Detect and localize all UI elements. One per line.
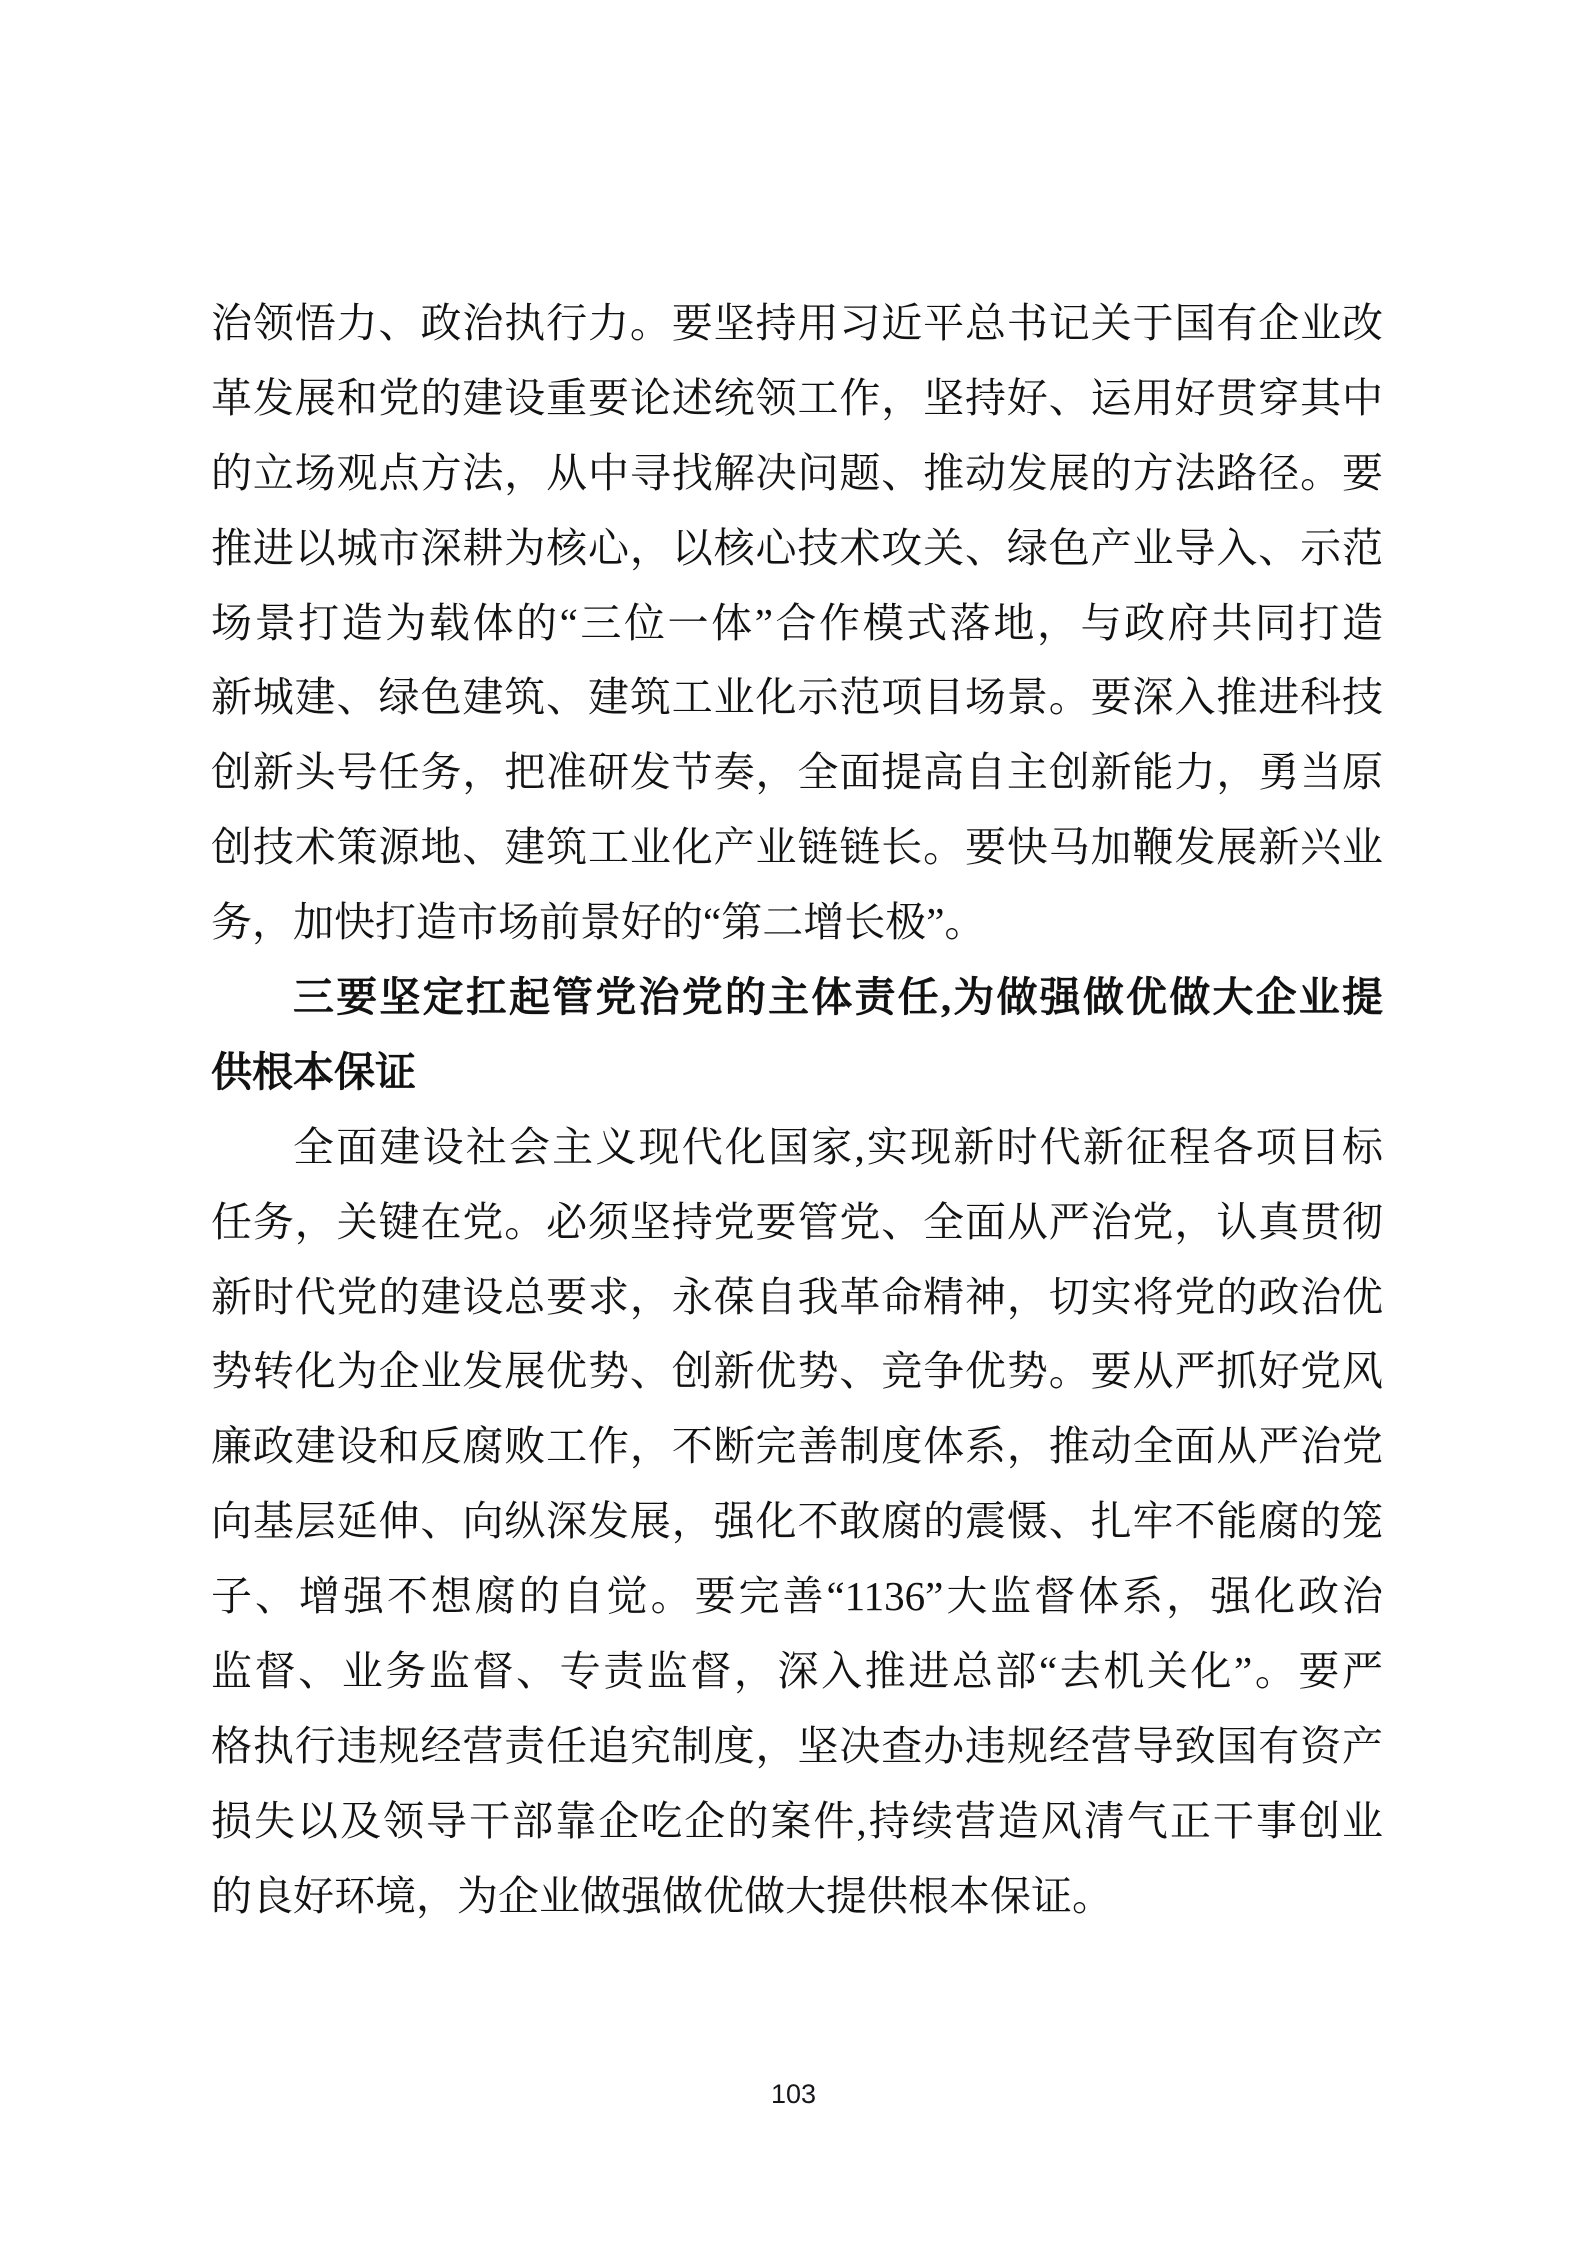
text-line: 损失以及领导干部靠企吃企的案件,持续营造风清气正干事创业 (211, 1784, 1383, 1859)
text-line: 场景打造为载体的“三位一体”合作模式落地，与政府共同打造 (211, 586, 1383, 661)
text-line: 监督、业务监督、专责监督，深入推进总部“去机关化”。要严 (211, 1634, 1383, 1709)
section-heading-line: 供根本保证 (211, 1035, 1383, 1110)
text-line: 务，加快打造市场前景好的“第二增长极”。 (211, 885, 1383, 960)
document-body: 治领悟力、政治执行力。要坚持用习近平总书记关于国有企业改 革发展和党的建设重要论… (211, 286, 1383, 1934)
text-line: 任务，关键在党。必须坚持党要管党、全面从严治党，认真贯彻 (211, 1185, 1383, 1260)
text-line: 的良好环境，为企业做强做优做大提供根本保证。 (211, 1859, 1383, 1934)
text-line: 势转化为企业发展优势、创新优势、竞争优势。要从严抓好党风 (211, 1334, 1383, 1409)
text-line: 推进以城市深耕为核心，以核心技术攻关、绿色产业导入、示范 (211, 511, 1383, 586)
text-line: 子、增强不想腐的自觉。要完善“1136”大监督体系，强化政治 (211, 1559, 1383, 1634)
text-line: 的立场观点方法，从中寻找解决问题、推动发展的方法路径。要 (211, 436, 1383, 511)
text-line: 治领悟力、政治执行力。要坚持用习近平总书记关于国有企业改 (211, 286, 1383, 361)
text-line: 格执行违规经营责任追究制度，坚决查办违规经营导致国有资产 (211, 1709, 1383, 1784)
text-line: 新城建、绿色建筑、建筑工业化示范项目场景。要深入推进科技 (211, 660, 1383, 735)
section-heading-line: 三要坚定扛起管党治党的主体责任,为做强做优做大企业提 (211, 960, 1383, 1035)
text-line: 新时代党的建设总要求，永葆自我革命精神，切实将党的政治优 (211, 1260, 1383, 1335)
text-line: 向基层延伸、向纵深发展，强化不敢腐的震慑、扎牢不能腐的笼 (211, 1484, 1383, 1559)
page-number: 103 (0, 2078, 1587, 2110)
text-line: 全面建设社会主义现代化国家,实现新时代新征程各项目标 (211, 1110, 1383, 1185)
document-page: 治领悟力、政治执行力。要坚持用习近平总书记关于国有企业改 革发展和党的建设重要论… (0, 0, 1587, 2245)
text-line: 创新头号任务，把准研发节奏，全面提高自主创新能力，勇当原 (211, 735, 1383, 810)
text-line: 廉政建设和反腐败工作，不断完善制度体系，推动全面从严治党 (211, 1409, 1383, 1484)
text-line: 革发展和党的建设重要论述统领工作，坚持好、运用好贯穿其中 (211, 361, 1383, 436)
text-line: 创技术策源地、建筑工业化产业链链长。要快马加鞭发展新兴业 (211, 810, 1383, 885)
